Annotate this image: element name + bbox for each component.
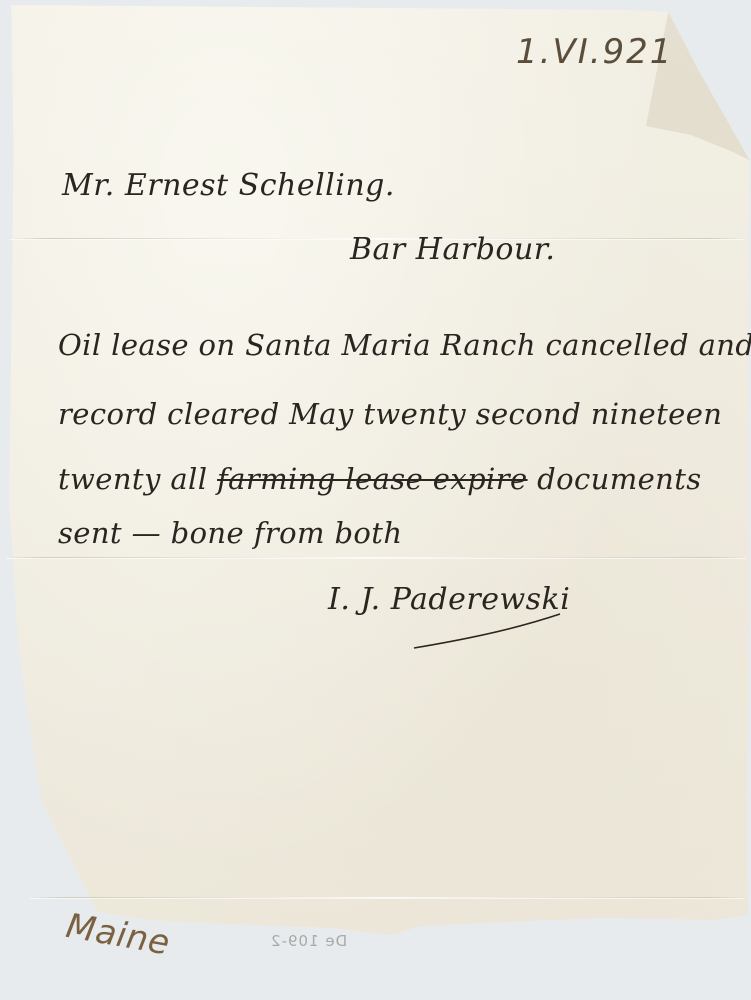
archive-reference-mark: De 109-2 (270, 932, 347, 950)
letter-sheet (0, 0, 751, 1000)
letter-date: 1.VI.921 (516, 32, 673, 72)
fold-crease-bottom (30, 897, 745, 898)
recipient-name: Mr. Ernest Schelling. (62, 168, 395, 203)
body-line-3: twenty all farming lease expire document… (58, 462, 702, 496)
body-line-1: Oil lease on Santa Maria Ranch cancelled… (58, 328, 751, 362)
signature-flourish (412, 612, 562, 652)
body-line-2: record cleared May twenty second ninetee… (58, 397, 722, 431)
recipient-location: Bar Harbour. (350, 232, 555, 267)
fold-crease-middle (6, 557, 746, 558)
body-line-3-tail: documents (528, 462, 702, 496)
struck-through-text: farming lease expire (217, 462, 528, 496)
body-line-4: sent — bone from both (58, 516, 402, 550)
body-line-3-text: twenty all (58, 462, 207, 496)
